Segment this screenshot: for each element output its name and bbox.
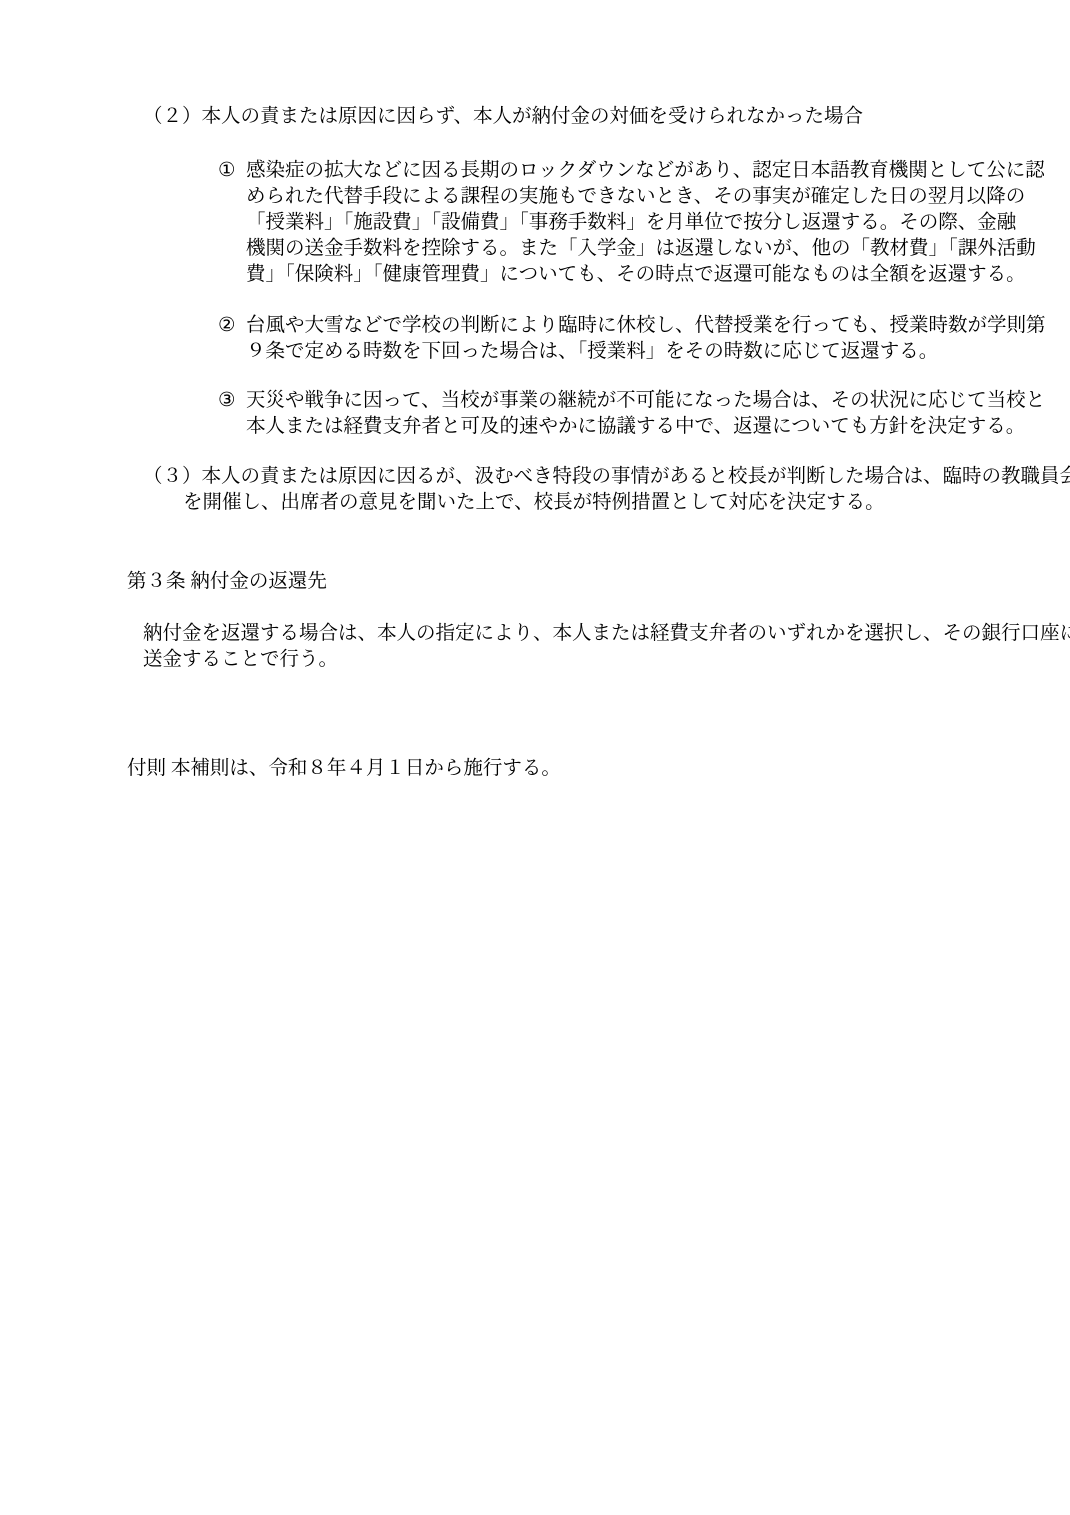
clause-2-item-1: ① 感染症の拡大などに因る長期のロックダウンなどがあり、認定日本語教育機関として… [246,158,1045,288]
text-line: 送金することで行う。 [143,647,1070,673]
text-line: 「授業料」「施設費」「設備費」「事務手数料」を月単位で按分し返還する。その際、金… [246,210,1045,236]
text-line: 感染症の拡大などに因る長期のロックダウンなどがあり、認定日本語教育機関として公に… [246,158,1045,184]
text-line: ９条で定める時数を下回った場合は、「授業料」をその時数に応じて返還する。 [246,339,1046,365]
item-1-circled-number: ① [218,158,235,184]
text-line: 天災や戦争に因って、当校が事業の継続が不可能になった場合は、その状況に応じて当校… [246,388,1045,414]
text-line: 本人または経費支弁者と可及的速やかに協議する中で、返還についても方針を決定する。 [246,414,1045,440]
clause-2-item-2: ② 台風や大雪などで学校の判断により臨時に休校し、代替授業を行っても、授業時数が… [246,313,1046,365]
text-line: （３）本人の責または原因に因るが、汲むべき特段の事情があると校長が判断した場合は… [143,464,1070,490]
text-line: 費」「保険料」「健康管理費」についても、その時点で返還可能なものは全額を返還する… [246,262,1045,288]
document-page: （２）本人の責または原因に因らず、本人が納付金の対価を受けられなかった場合 ① … [0,0,1070,1515]
item-2-circled-number: ② [218,313,235,339]
text-line: 納付金を返還する場合は、本人の指定により、本人または経費支弁者のいずれかを選択し… [143,621,1070,647]
article-3-title: 第３条 納付金の返還先 [127,569,327,595]
item-3-circled-number: ③ [218,388,235,414]
clause-2-item-3: ③ 天災や戦争に因って、当校が事業の継続が不可能になった場合は、その状況に応じて… [246,388,1045,440]
text-line: 台風や大雪などで学校の判断により臨時に休校し、代替授業を行っても、授業時数が学則… [246,313,1046,339]
text-line: められた代替手段による課程の実施もできないとき、その事実が確定した日の翌月以降の [246,184,1045,210]
text-line: を開催し、出席者の意見を聞いた上で、校長が特例措置として対応を決定する。 [183,490,1070,516]
article-3-body: 納付金を返還する場合は、本人の指定により、本人または経費支弁者のいずれかを選択し… [143,621,1070,673]
supplementary-provision: 付則 本補則は、令和８年４月１日から施行する。 [127,756,561,782]
text-line: 機関の送金手数料を控除する。また「入学金」は返還しないが、他の「教材費」「課外活… [246,236,1045,262]
clause-3-paragraph: （３）本人の責または原因に因るが、汲むべき特段の事情があると校長が判断した場合は… [143,464,1070,516]
clause-2-heading: （２）本人の責または原因に因らず、本人が納付金の対価を受けられなかった場合 [143,104,863,130]
